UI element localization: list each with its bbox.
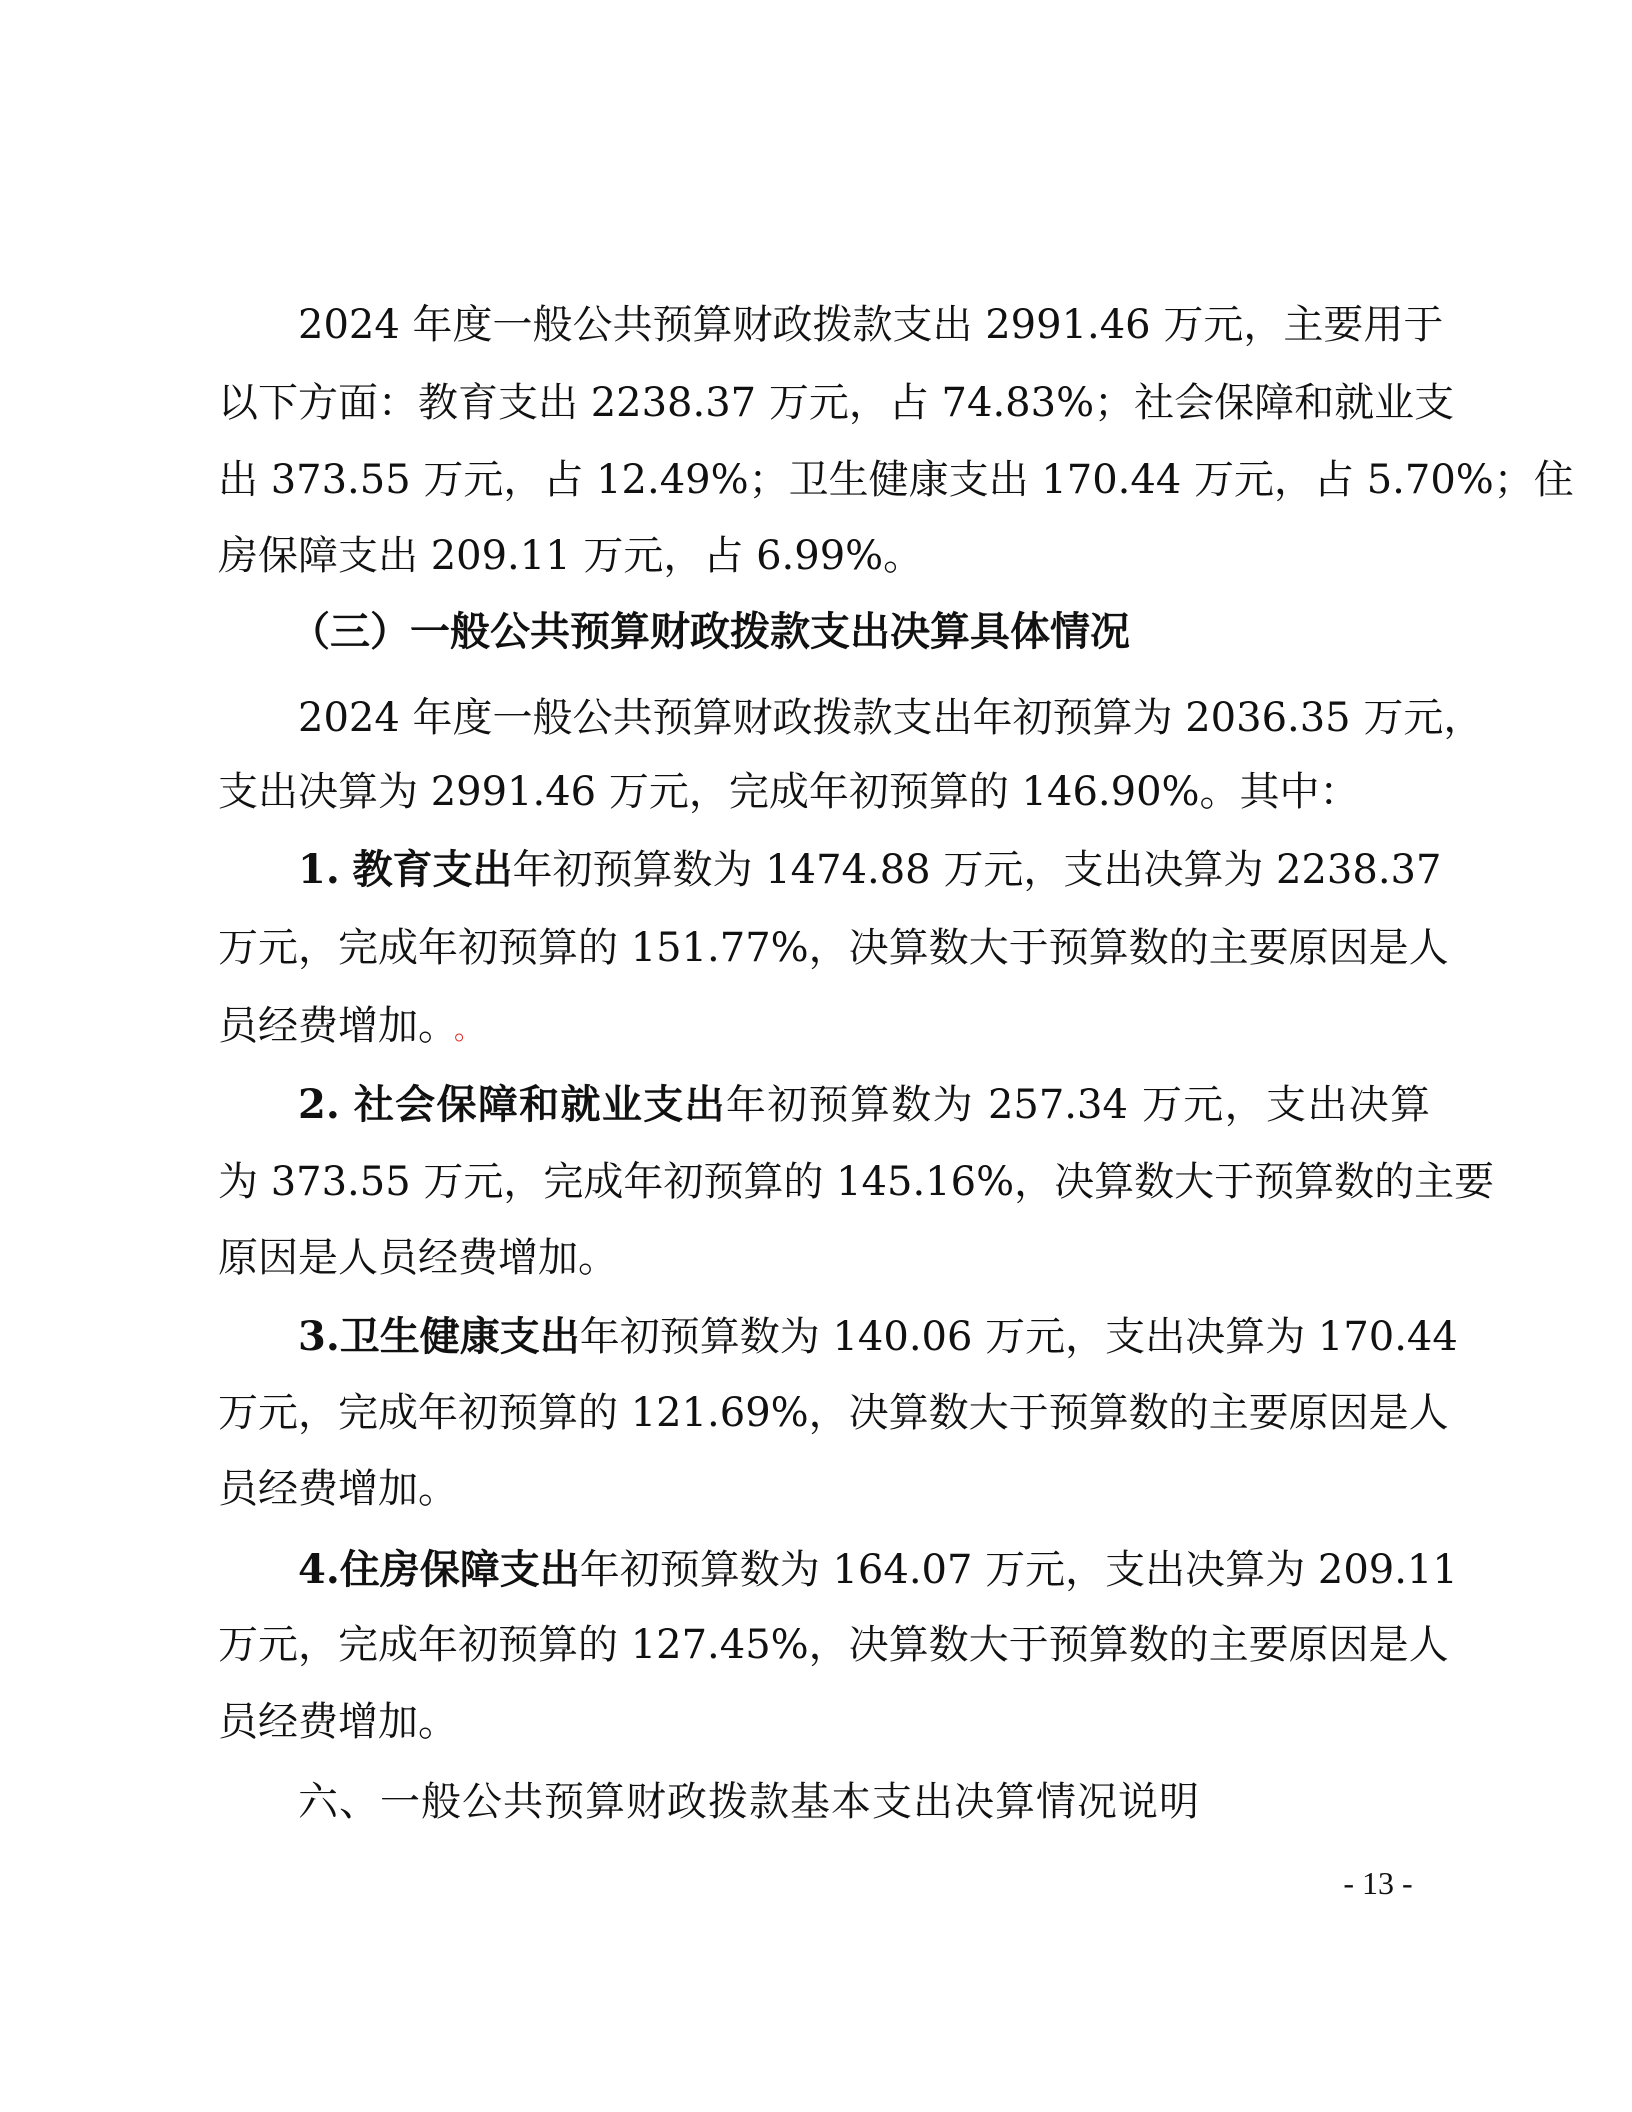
item-1-line-1-rest: 年初预算数为 1474.88 万元，支出决算为 2238.37: [512, 847, 1441, 893]
red-revision-mark: 。: [454, 1013, 482, 1046]
item-1-line-2: 万元，完成年初预算的 151.77%，决算数大于预算数的主要原因是人: [218, 918, 1430, 978]
item-3-line-1: 3.卫生健康支出年初预算数为 140.06 万元，支出决算为 170.44: [298, 1307, 1430, 1367]
item-1-number: 1.: [298, 846, 340, 893]
item-3-title: 卫生健康支出: [340, 1313, 580, 1360]
overview-line-1: 2024 年度一般公共预算财政拨款支出 2991.46 万元，主要用于: [298, 295, 1430, 355]
item-2-line-3: 原因是人员经费增加。: [218, 1228, 1430, 1288]
document-page: 2024 年度一般公共预算财政拨款支出 2991.46 万元，主要用于 以下方面…: [0, 0, 1632, 2112]
item-4-number: 4.: [298, 1546, 340, 1593]
item-1-title: 教育支出: [352, 846, 512, 893]
page-number: - 13 -: [1318, 1858, 1438, 1908]
item-2-line-1: 2. 社会保障和就业支出年初预算数为 257.34 万元，支出决算: [298, 1075, 1430, 1135]
item-4-title: 住房保障支出: [340, 1546, 580, 1593]
item-3-line-2: 万元，完成年初预算的 121.69%，决算数大于预算数的主要原因是人: [218, 1383, 1430, 1443]
item-4-line-1-rest: 年初预算数为 164.07 万元，支出决算为 209.11: [580, 1547, 1458, 1593]
item-4-line-2: 万元，完成年初预算的 127.45%，决算数大于预算数的主要原因是人: [218, 1615, 1430, 1675]
section-six-heading: 六、一般公共预算财政拨款基本支出决算情况说明: [298, 1772, 1430, 1832]
item-1-line-3: 员经费增加。。: [218, 996, 1430, 1056]
item-2-number: 2.: [298, 1081, 340, 1128]
item-3-line-3: 员经费增加。: [218, 1459, 1430, 1519]
overview-line-4: 房保障支出 209.11 万元，占 6.99%。: [218, 526, 1430, 586]
item-1-line-3-text: 员经费增加。: [218, 1003, 438, 1049]
section-three-heading: （三）一般公共预算财政拨款支出决算具体情况: [290, 602, 1422, 662]
section-three-intro-line-1: 2024 年度一般公共预算财政拨款支出年初预算为 2036.35 万元，: [298, 688, 1430, 748]
overview-line-2: 以下方面：教育支出 2238.37 万元，占 74.83%；社会保障和就业支: [218, 373, 1430, 433]
item-2-title: 社会保障和就业支出: [354, 1081, 726, 1128]
item-1-line-1: 1. 教育支出年初预算数为 1474.88 万元，支出决算为 2238.37: [298, 840, 1430, 900]
overview-line-3: 出 373.55 万元，占 12.49%；卫生健康支出 170.44 万元，占 …: [218, 450, 1430, 510]
item-4-line-1: 4.住房保障支出年初预算数为 164.07 万元，支出决算为 209.11: [298, 1540, 1430, 1600]
item-4-line-3: 员经费增加。: [218, 1692, 1430, 1752]
item-2-line-2: 为 373.55 万元，完成年初预算的 145.16%，决算数大于预算数的主要: [218, 1152, 1430, 1212]
item-2-line-1-rest: 年初预算数为 257.34 万元，支出决算: [726, 1082, 1430, 1128]
item-3-number: 3.: [298, 1313, 340, 1360]
section-three-intro-line-2: 支出决算为 2991.46 万元，完成年初预算的 146.90%。其中：: [218, 762, 1430, 822]
item-3-line-1-rest: 年初预算数为 140.06 万元，支出决算为 170.44: [580, 1314, 1458, 1360]
